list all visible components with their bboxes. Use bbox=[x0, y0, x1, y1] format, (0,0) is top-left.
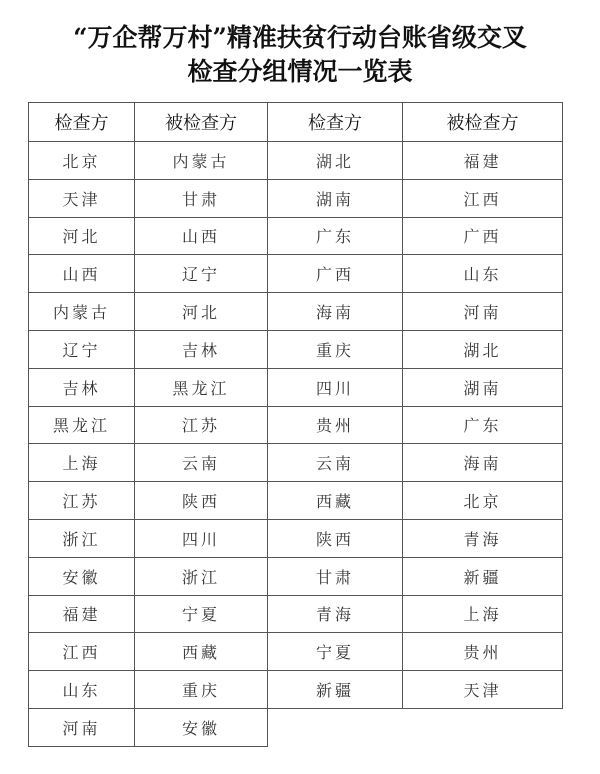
cell-inspector: 河南 bbox=[29, 708, 135, 746]
cell-inspected: 河南 bbox=[403, 293, 563, 331]
table-row: 天津 甘肃 湖南 江西 bbox=[29, 179, 563, 217]
table-row: 浙江 四川 陕西 青海 bbox=[29, 519, 563, 557]
cell-inspected: 广东 bbox=[403, 406, 563, 444]
cell-inspected: 云南 bbox=[135, 444, 268, 482]
cell-inspector: 海南 bbox=[268, 293, 403, 331]
cell-inspector: 广东 bbox=[268, 217, 403, 255]
table-row: 内蒙古 河北 海南 河南 bbox=[29, 293, 563, 331]
cell-inspected: 天津 bbox=[403, 671, 563, 709]
header-inspected-2: 被检查方 bbox=[403, 103, 563, 142]
header-inspector-2: 检查方 bbox=[268, 103, 403, 142]
cell-inspected: 海南 bbox=[403, 444, 563, 482]
cell-inspected: 北京 bbox=[403, 482, 563, 520]
cell-inspected: 青海 bbox=[403, 519, 563, 557]
cell-inspected: 湖南 bbox=[403, 368, 563, 406]
cell-inspected: 宁夏 bbox=[135, 595, 268, 633]
cell-inspected: 四川 bbox=[135, 519, 268, 557]
header-inspected-1: 被检查方 bbox=[135, 103, 268, 142]
cell-inspector: 四川 bbox=[268, 368, 403, 406]
cell-inspector: 天津 bbox=[29, 179, 135, 217]
cell-inspector: 重庆 bbox=[268, 330, 403, 368]
table-row: 吉林 黑龙江 四川 湖南 bbox=[29, 368, 563, 406]
cell-inspected: 甘肃 bbox=[135, 179, 268, 217]
cell-inspected: 辽宁 bbox=[135, 255, 268, 293]
cell-inspected: 黑龙江 bbox=[135, 368, 268, 406]
cell-inspected: 重庆 bbox=[135, 671, 268, 709]
cell-inspected: 福建 bbox=[403, 142, 563, 180]
table-row: 福建 宁夏 青海 上海 bbox=[29, 595, 563, 633]
document-title-line-2: 检查分组情况一览表 bbox=[0, 56, 600, 88]
cell-inspector: 广西 bbox=[268, 255, 403, 293]
cell-inspector: 江西 bbox=[29, 633, 135, 671]
table-header-row: 检查方 被检查方 检查方 被检查方 bbox=[29, 103, 563, 142]
cell-inspector: 吉林 bbox=[29, 368, 135, 406]
cell-inspector: 上海 bbox=[29, 444, 135, 482]
cell-inspected: 广西 bbox=[403, 217, 563, 255]
table-row: 河北 山西 广东 广西 bbox=[29, 217, 563, 255]
cell-inspected: 山东 bbox=[403, 255, 563, 293]
table-row: 黑龙江 江苏 贵州 广东 bbox=[29, 406, 563, 444]
cell-inspector: 辽宁 bbox=[29, 330, 135, 368]
table-row: 安徽 浙江 甘肃 新疆 bbox=[29, 557, 563, 595]
inspection-group-table: 检查方 被检查方 检查方 被检查方 北京 内蒙古 湖北 福建 天津 甘肃 湖南 … bbox=[28, 102, 563, 747]
cell-inspected: 山西 bbox=[135, 217, 268, 255]
cell-inspected: 西藏 bbox=[135, 633, 268, 671]
table-row: 上海 云南 云南 海南 bbox=[29, 444, 563, 482]
cell-inspected: 江西 bbox=[403, 179, 563, 217]
table-row: 山东 重庆 新疆 天津 bbox=[29, 671, 563, 709]
cell-inspected: 江苏 bbox=[135, 406, 268, 444]
table-row: 江西 西藏 宁夏 贵州 bbox=[29, 633, 563, 671]
document-title-line-1: “万企帮万村”精准扶贫行动台账省级交叉 bbox=[0, 22, 600, 54]
cell-inspector: 云南 bbox=[268, 444, 403, 482]
cell-inspector: 山西 bbox=[29, 255, 135, 293]
header-inspector-1: 检查方 bbox=[29, 103, 135, 142]
cell-inspector: 黑龙江 bbox=[29, 406, 135, 444]
cell-inspector: 新疆 bbox=[268, 671, 403, 709]
cell-inspected: 新疆 bbox=[403, 557, 563, 595]
cell-inspector: 江苏 bbox=[29, 482, 135, 520]
cell-inspector: 西藏 bbox=[268, 482, 403, 520]
cell-inspected: 河北 bbox=[135, 293, 268, 331]
cell-inspector: 湖北 bbox=[268, 142, 403, 180]
cell-inspector: 浙江 bbox=[29, 519, 135, 557]
empty-cell bbox=[268, 708, 403, 746]
table-row: 辽宁 吉林 重庆 湖北 bbox=[29, 330, 563, 368]
table-row: 山西 辽宁 广西 山东 bbox=[29, 255, 563, 293]
cell-inspector: 河北 bbox=[29, 217, 135, 255]
cell-inspector: 安徽 bbox=[29, 557, 135, 595]
cell-inspected: 湖北 bbox=[403, 330, 563, 368]
cell-inspected: 吉林 bbox=[135, 330, 268, 368]
cell-inspector: 湖南 bbox=[268, 179, 403, 217]
cell-inspector: 北京 bbox=[29, 142, 135, 180]
cell-inspector: 青海 bbox=[268, 595, 403, 633]
cell-inspector: 宁夏 bbox=[268, 633, 403, 671]
cell-inspected: 内蒙古 bbox=[135, 142, 268, 180]
cell-inspected: 上海 bbox=[403, 595, 563, 633]
cell-inspector: 山东 bbox=[29, 671, 135, 709]
cell-inspected: 安徽 bbox=[135, 708, 268, 746]
cell-inspected: 贵州 bbox=[403, 633, 563, 671]
cell-inspected: 浙江 bbox=[135, 557, 268, 595]
cell-inspector: 福建 bbox=[29, 595, 135, 633]
table-row: 北京 内蒙古 湖北 福建 bbox=[29, 142, 563, 180]
cell-inspector: 甘肃 bbox=[268, 557, 403, 595]
table-row: 河南 安徽 bbox=[29, 708, 563, 746]
cell-inspected: 陕西 bbox=[135, 482, 268, 520]
table-row: 江苏 陕西 西藏 北京 bbox=[29, 482, 563, 520]
cell-inspector: 贵州 bbox=[268, 406, 403, 444]
cell-inspector: 陕西 bbox=[268, 519, 403, 557]
empty-cell bbox=[403, 708, 563, 746]
cell-inspector: 内蒙古 bbox=[29, 293, 135, 331]
